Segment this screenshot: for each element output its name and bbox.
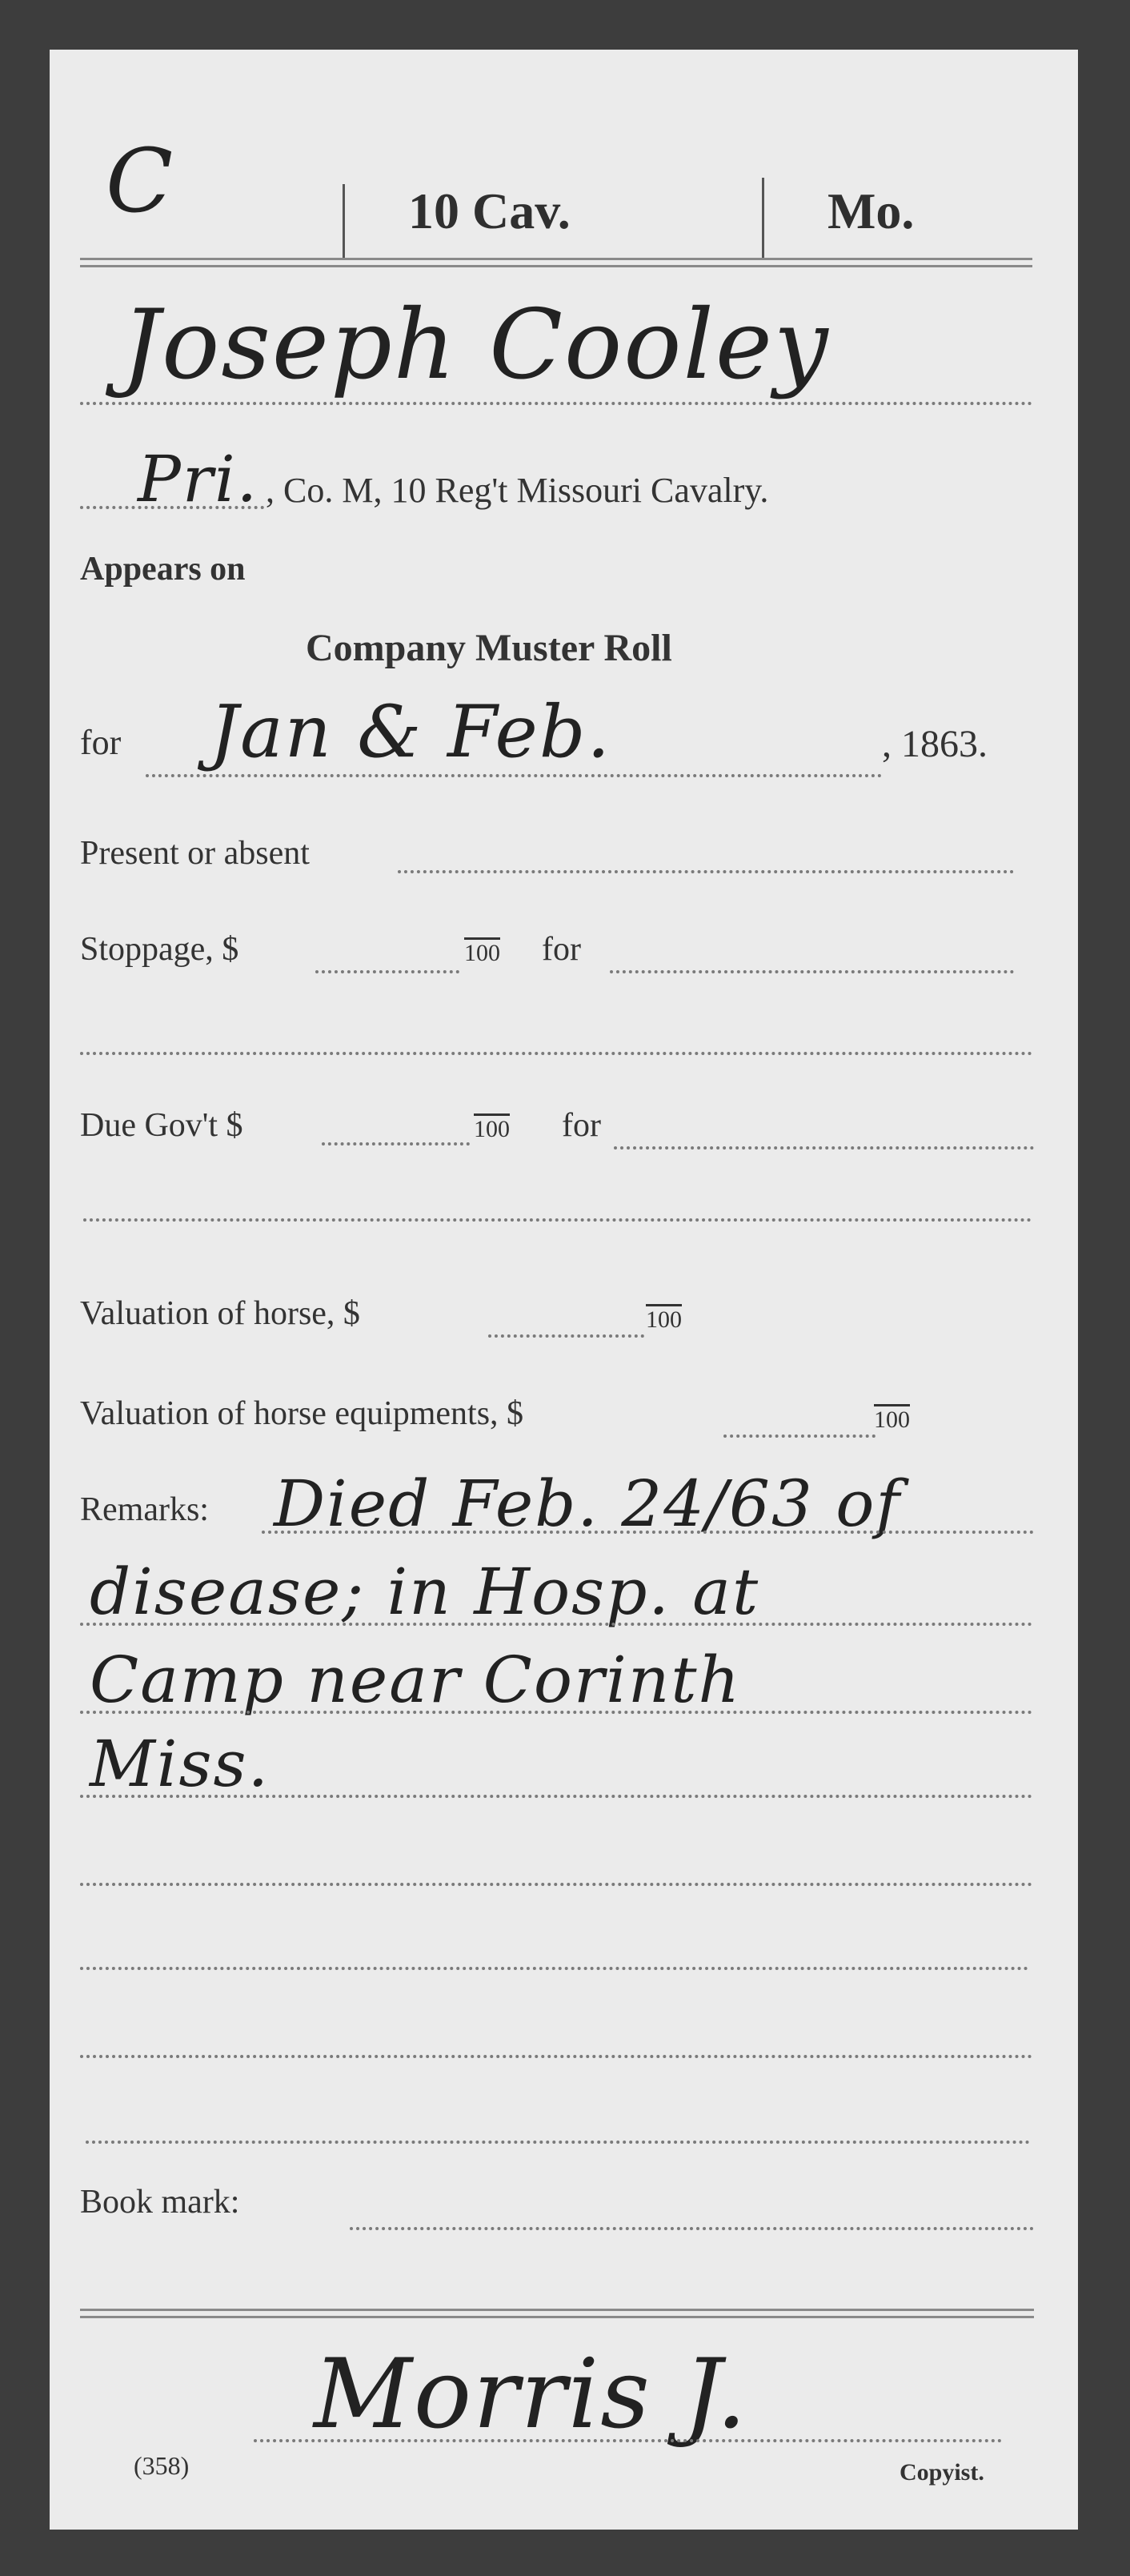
for-label: for <box>80 722 121 763</box>
name-line <box>80 402 1032 405</box>
present-absent-line <box>398 870 1014 873</box>
remarks-rule-5 <box>80 1883 1032 1886</box>
stoppage-line-2 <box>80 1052 1032 1055</box>
horse-equip-valuation-cents: 100 <box>874 1406 910 1434</box>
year-text: , 1863. <box>882 722 988 766</box>
horse-equip-valuation-label: Valuation of horse equipments, $ <box>80 1394 523 1433</box>
horse-valuation-cents: 100 <box>646 1306 682 1334</box>
soldier-name: Joseph Cooley <box>122 290 830 401</box>
signature-line <box>254 2439 1002 2442</box>
due-gov-line-2 <box>83 1218 1032 1222</box>
due-gov-cents: 100 <box>474 1116 510 1143</box>
header-divider <box>343 184 345 258</box>
remarks-line-3: Camp near Corinth <box>90 1643 741 1717</box>
remarks-line-2: disease; in Hosp. at <box>90 1555 759 1629</box>
file-initial: C <box>106 130 174 232</box>
remarks-label: Remarks: <box>80 1491 209 1529</box>
due-gov-label: Due Gov't $ <box>80 1106 243 1145</box>
remarks-rule-4 <box>80 1795 1032 1798</box>
present-absent-label: Present or absent <box>80 834 310 873</box>
bookmark-label: Book mark: <box>80 2183 239 2221</box>
period-line <box>146 774 882 777</box>
stoppage-amount-line <box>315 970 459 973</box>
remarks-rule-6 <box>80 1967 1028 1970</box>
bookmark-line <box>350 2227 1034 2230</box>
remarks-rule-2 <box>80 1623 1032 1626</box>
stoppage-label: Stoppage, $ <box>80 930 238 969</box>
due-gov-amount-line <box>322 1142 470 1146</box>
remarks-rule-3 <box>80 1711 1032 1714</box>
remarks-rule-8 <box>86 2141 1030 2144</box>
header-divider-2 <box>762 178 764 258</box>
due-gov-for-label: for <box>562 1106 601 1145</box>
horse-equip-valuation-line <box>723 1434 876 1438</box>
stoppage-for-line <box>610 970 1014 973</box>
period-value: Jan & Feb. <box>210 690 611 774</box>
remarks-rule-1 <box>262 1531 1034 1534</box>
horse-valuation-line <box>488 1334 644 1338</box>
stoppage-for-label: for <box>542 930 581 969</box>
copyist-signature: Morris J. <box>314 2339 748 2450</box>
soldier-rank: Pri. <box>138 442 258 516</box>
remarks-line-4: Miss. <box>90 1727 270 1801</box>
roll-type: Company Muster Roll <box>306 626 672 670</box>
due-gov-for-line <box>614 1146 1034 1150</box>
remarks-rule-7 <box>80 2055 1032 2058</box>
regiment-title: 10 Cav. <box>408 182 571 241</box>
appears-on-label: Appears on <box>80 550 246 588</box>
header-double-rule <box>80 258 1032 267</box>
footer-double-rule <box>80 2309 1034 2318</box>
state-title: Mo. <box>827 182 914 241</box>
horse-valuation-label: Valuation of horse, $ <box>80 1294 360 1333</box>
unit-text: , Co. M, 10 Reg't Missouri Cavalry. <box>266 470 768 511</box>
copyist-label: Copyist. <box>900 2459 984 2486</box>
muster-roll-card: C 10 Cav. Mo. Joseph Cooley Pri. , Co. M… <box>50 50 1078 2530</box>
form-number: (358) <box>134 2451 189 2481</box>
stoppage-cents: 100 <box>464 940 500 967</box>
